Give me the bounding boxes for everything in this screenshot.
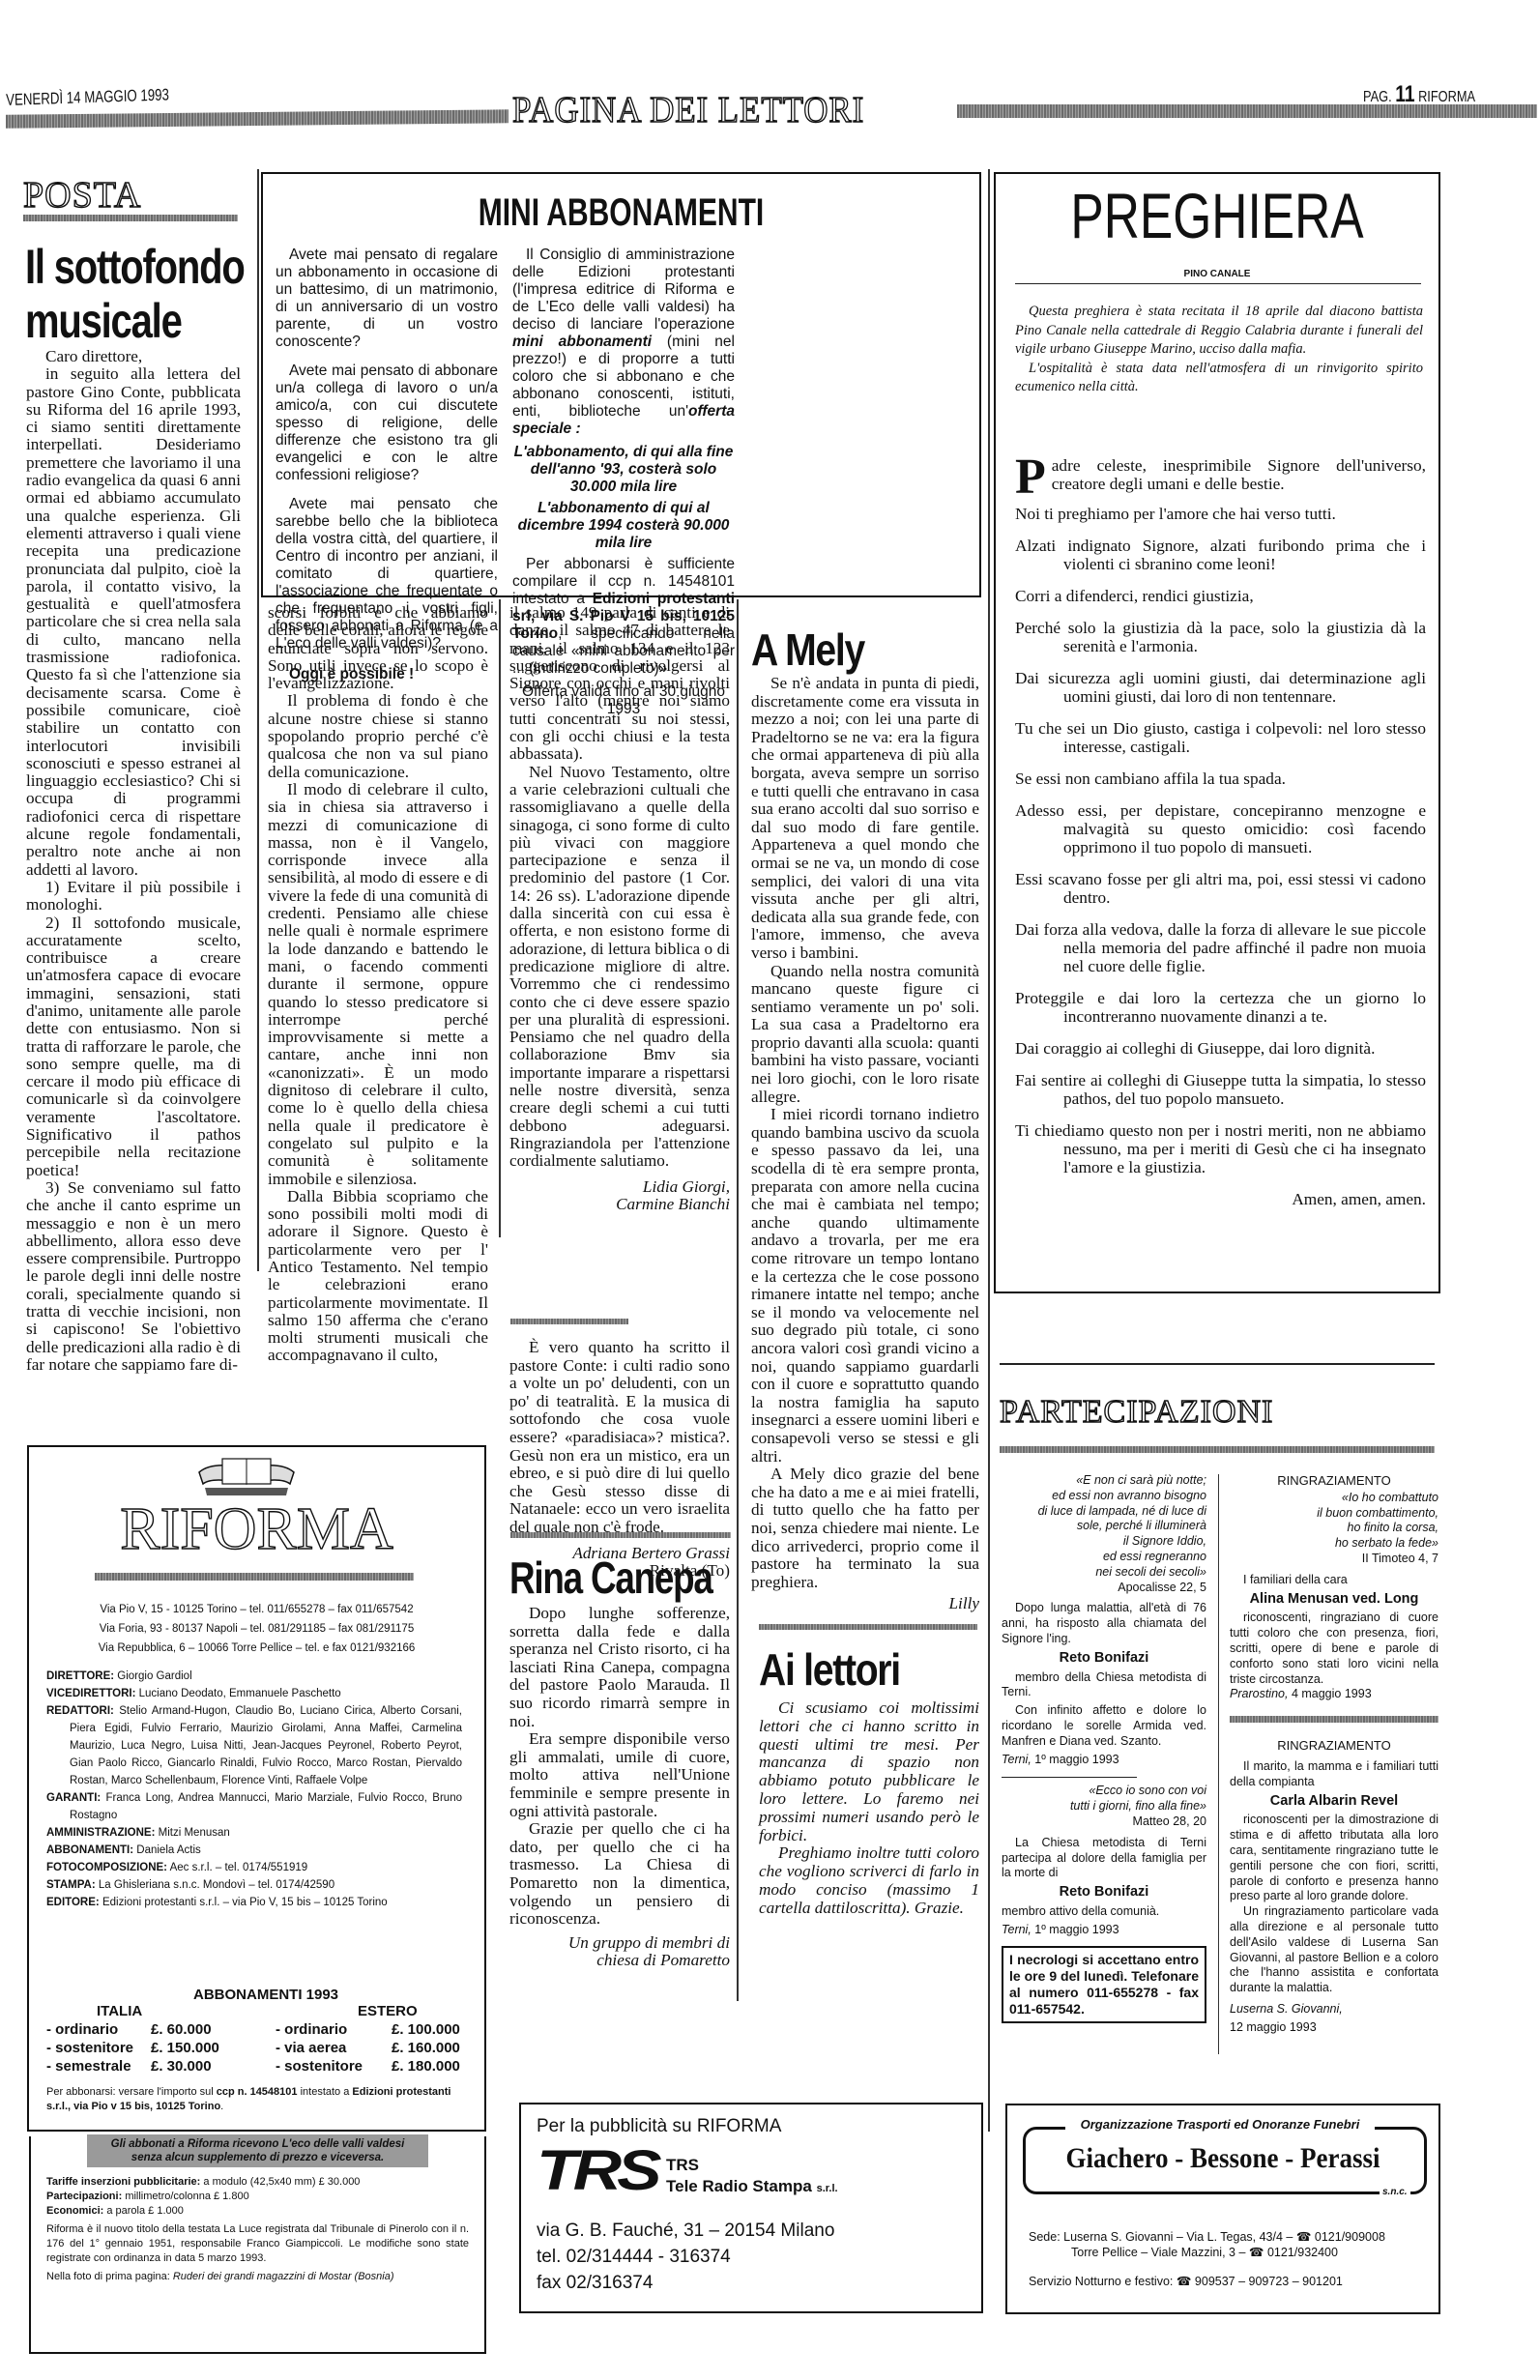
riforma-logo: RIFORMA bbox=[29, 1495, 484, 1564]
verse: Noi ti preghiamo per l'amore che hai ver… bbox=[1015, 505, 1426, 523]
closing: Amen, amen, amen. bbox=[1015, 1190, 1426, 1208]
phone-icon: ☎ bbox=[1177, 2275, 1192, 2288]
paragraph: Questa preghiera è stata recitata il 18 … bbox=[1015, 303, 1423, 360]
subs-title: ABBONAMENTI 1993 bbox=[193, 1987, 338, 2003]
quote: «Io ho combattuto il buon combattimento,… bbox=[1230, 1491, 1438, 1552]
estero-prices: - ordinario£. 100.000 - via aerea£. 160.… bbox=[276, 2020, 460, 2075]
column-rule bbox=[1218, 1474, 1219, 2054]
signature: Lidia Giorgi, bbox=[509, 1178, 730, 1196]
ai-lettori-body: Ci scusiamo coi moltissimi lettori che c… bbox=[759, 1699, 979, 1918]
paragraph: Quando nella nostra comunità mancano que… bbox=[751, 963, 979, 1107]
paragraph: 1) Evitare il più possibile i monologhi. bbox=[26, 879, 241, 914]
partecipazioni-title: PARTECIPAZIONI bbox=[1000, 1394, 1273, 1431]
verse: Fai sentire ai colleghi di Giuseppe tutt… bbox=[1015, 1071, 1426, 1108]
paragraph: 2) Il sottofondo musicale, accuratamente… bbox=[26, 914, 241, 1179]
rina-canepa-body: Dopo lunghe sofferenze, sorretta dalla f… bbox=[509, 1605, 730, 1970]
divider bbox=[1002, 1777, 1137, 1778]
phone-icon: ☎ bbox=[1296, 2230, 1312, 2244]
posta-rule bbox=[23, 215, 238, 221]
offer-2: L'abbonamento di qui al dicembre 1994 co… bbox=[512, 500, 735, 552]
paragraph: A Mely dico grazie del bene che ha dato … bbox=[751, 1466, 979, 1591]
paragraph: Il Consiglio di amministrazione delle Ed… bbox=[512, 247, 735, 438]
italia-label: ITALIA bbox=[97, 2003, 142, 2019]
paragraph: Avete mai pensato di regalare un abbonam… bbox=[276, 247, 498, 351]
deceased-name: Reto Bonifazi bbox=[1002, 1885, 1206, 1901]
staff-list: DIRETTORE: Giorgio Gardiol VICEDIRETTORI… bbox=[46, 1668, 462, 1911]
colophon-lower: Gli abbonati a Riforma ricevono L'eco de… bbox=[29, 2136, 486, 2354]
partecipazioni-left: «E non ci sarà più notte; ed essi non av… bbox=[1002, 1473, 1206, 2023]
posta-col2: scorsi forbiti e che abbiamo delle belle… bbox=[268, 604, 488, 1365]
divider bbox=[1230, 1716, 1438, 1723]
addresses: Via Pio V, 15 - 10125 Torino – tel. 011/… bbox=[29, 1600, 484, 1658]
deceased-name: Carla Albarin Revel bbox=[1230, 1794, 1438, 1810]
colophon-box: RIFORMA Via Pio V, 15 - 10125 Torino – t… bbox=[27, 1445, 486, 2132]
verse: Perché solo la giustizia dà la pace, sol… bbox=[1015, 619, 1426, 655]
divider bbox=[759, 1624, 977, 1630]
paragraph: Ci scusiamo coi moltissimi lettori che c… bbox=[759, 1699, 979, 1844]
paragraph: Avete mai pensato di abbonare un/a colle… bbox=[276, 363, 498, 484]
paragraph: Il problema di fondo è che alcune nostre… bbox=[268, 692, 488, 780]
paragraph: Se n'è andata in punta di piedi, discret… bbox=[751, 675, 979, 963]
second-letter: È vero quanto ha scritto il pastore Cont… bbox=[509, 1339, 730, 1581]
verse: Tu che sei un Dio giusto, castiga i colp… bbox=[1015, 719, 1426, 756]
ad-tagline: Organizzazione Trasporti ed Onoranze Fun… bbox=[1065, 2117, 1375, 2132]
partecipazioni-right: RINGRAZIAMENTO «Io ho combattuto il buon… bbox=[1230, 1473, 1438, 2036]
verse: Dai coraggio ai colleghi di Giuseppe, da… bbox=[1015, 1039, 1426, 1058]
column-rule bbox=[257, 169, 259, 1271]
section-rule bbox=[1000, 1363, 1435, 1365]
mini-closing: Oggi è possibile ! bbox=[276, 666, 498, 683]
paragraph: Era sempre disponibile verso gli ammalat… bbox=[509, 1730, 730, 1820]
posta-headline: Il sottofondo musicale bbox=[25, 240, 257, 348]
signature: Carmine Bianchi bbox=[509, 1196, 730, 1213]
author-rule bbox=[1015, 283, 1421, 284]
payment-note: Per abbonarsi: versare l'importo sul ccp… bbox=[46, 2085, 467, 2114]
signature: Lilly bbox=[751, 1595, 979, 1613]
paragraph: È vero quanto ha scritto il pastore Cont… bbox=[509, 1339, 730, 1537]
ad-sede: Sede: Luserna S. Giovanni – Via L. Tegas… bbox=[1029, 2229, 1385, 2289]
italia-prices: - ordinario£. 60.000 - sostenitore£. 150… bbox=[46, 2020, 219, 2075]
preghiera-intro: Questa preghiera è stata recitata il 18 … bbox=[1015, 303, 1423, 397]
column-rule bbox=[737, 599, 739, 2001]
headline-line: musicale bbox=[25, 294, 257, 348]
paragraph: Avete mai pensato che sarebbe bello che … bbox=[276, 496, 498, 653]
preghiera-title: PREGHIERA bbox=[1044, 179, 1389, 252]
paragraph: 3) Se conveniamo sul fatto che anche il … bbox=[26, 1179, 241, 1374]
quote-ref: II Timoteo 4, 7 bbox=[1230, 1552, 1438, 1567]
posta-kicker: POSTA bbox=[23, 174, 141, 217]
necrology-notice: I necrologi si accettano entro le ore 9 … bbox=[1002, 1946, 1206, 2023]
verse: Corri a difenderci, rendici giustizia, bbox=[1015, 587, 1426, 605]
mini-right: Il Consiglio di amministrazione delle Ed… bbox=[512, 247, 735, 718]
first-verse: P adre celeste, inesprimibile Signore de… bbox=[1015, 456, 1426, 493]
mini-title: MINI ABBONAMENTI bbox=[353, 191, 890, 235]
deceased-name: Alina Menusan ved. Long bbox=[1230, 1592, 1438, 1608]
divider bbox=[510, 1532, 731, 1538]
verse: Proteggile e dai loro la certezza che un… bbox=[1015, 989, 1426, 1026]
rina-canepa-title: Rina Canepa bbox=[509, 1552, 712, 1604]
paper-name: RIFORMA bbox=[1418, 89, 1475, 105]
paragraph: I miei ricordi tornano indietro quando b… bbox=[751, 1106, 979, 1466]
masthead-date: VENERDÌ 14 MAGGIO 1993 bbox=[6, 85, 169, 110]
paragraph: in seguito alla lettera del pastore Gino… bbox=[26, 365, 241, 879]
ad-rates: Tariffe inserzioni pubblicitarie: a modu… bbox=[31, 2167, 484, 2284]
preghiera-box: PREGHIERA PINO CANALE Questa preghiera è… bbox=[994, 172, 1440, 1293]
column-rule bbox=[499, 599, 501, 1237]
signature: chiesa di Pomaretto bbox=[509, 1952, 730, 1970]
quote: «E non ci sarà più notte; ed essi non av… bbox=[1002, 1473, 1206, 1581]
paragraph: Caro direttore, bbox=[26, 348, 241, 365]
phone-icon: ☎ bbox=[1249, 2246, 1264, 2259]
paragraph: Dalla Bibbia scopriamo che sono possibil… bbox=[268, 1188, 488, 1365]
preghiera-verses: P adre celeste, inesprimibile Signore de… bbox=[1015, 456, 1426, 1222]
signature: Un gruppo di membri di bbox=[509, 1934, 730, 1953]
paragraph: Grazie per quello che ci ha dato, per qu… bbox=[509, 1820, 730, 1929]
quote: «Ecco io sono con voi tutti i giorni, fi… bbox=[1002, 1784, 1206, 1814]
trs-name: TRS Tele Radio Stampa s.r.l. bbox=[666, 2155, 838, 2199]
ad-company-name: Giachero - Bessone - Perassi bbox=[1029, 2142, 1416, 2175]
paragraph: Dopo lunghe sofferenze, sorretta dalla f… bbox=[509, 1605, 730, 1730]
verse: Adesso essi, per depistare, concepiranno… bbox=[1015, 801, 1426, 856]
paragraph: Nel Nuovo Testamento, oltre a varie cele… bbox=[509, 764, 730, 1171]
paragraph: Preghiamo inoltre tutti coloro che vogli… bbox=[759, 1844, 979, 1917]
divider bbox=[510, 1319, 628, 1324]
eco-banner: Gli abbonati a Riforma ricevono L'eco de… bbox=[87, 2134, 428, 2167]
paragraph: L'ospitalità è stata data nell'atmosfera… bbox=[1015, 360, 1423, 397]
mini-left: Avete mai pensato di regalare un abbonam… bbox=[276, 247, 498, 683]
verse: Dai forza alla vedova, dalle la forza di… bbox=[1015, 920, 1426, 975]
partecipazioni-rule bbox=[1000, 1446, 1435, 1453]
verse: Dai sicurezza agli uomini giusti, dai de… bbox=[1015, 669, 1426, 706]
page-number: 11 bbox=[1395, 81, 1414, 107]
paragraph: Per abbonarsi è sufficiente compilare il… bbox=[512, 556, 735, 678]
headline-line: Il sottofondo bbox=[25, 240, 257, 294]
page-number-line: PAG. 11 RIFORMA bbox=[1363, 81, 1475, 108]
ad-suffix: s.n.c. bbox=[1380, 2187, 1410, 2197]
offer-1: L'abbonamento, di qui alla fine dell'ann… bbox=[512, 444, 735, 496]
offer-validity: Offerta valida fino al 30 giugno 1993 bbox=[512, 683, 735, 718]
trs-contacts: via G. B. Fauché, 31 – 20154 Milano tel.… bbox=[537, 2218, 834, 2296]
a-mely-title: A Mely bbox=[751, 624, 864, 676]
estero-label: ESTERO bbox=[358, 2003, 418, 2019]
trs-ad: Per la pubblicità su RIFORMA TRS TRS Tel… bbox=[519, 2103, 983, 2313]
verse: Essi scavano fosse per gli altri ma, poi… bbox=[1015, 870, 1426, 907]
trs-headline: Per la pubblicità su RIFORMA bbox=[537, 2116, 781, 2137]
quote-ref: Apocalisse 22, 5 bbox=[1002, 1581, 1206, 1596]
funeral-ad: Organizzazione Trasporti ed Onoranze Fun… bbox=[1005, 2104, 1440, 2314]
verse: Alzati indignato Signore, alzati furibon… bbox=[1015, 537, 1426, 573]
ai-lettori-title: Ai lettori bbox=[759, 1643, 900, 1696]
paragraph: Il modo di celebrare il culto, sia in ch… bbox=[268, 781, 488, 1188]
a-mely-body: Se n'è andata in punta di piedi, discret… bbox=[751, 675, 979, 1613]
section-heading: RINGRAZIAMENTO bbox=[1230, 1473, 1438, 1489]
posta-col1: Caro direttore, in seguito alla lettera … bbox=[26, 348, 241, 1374]
verse: Ti chiediamo questo non per i nostri mer… bbox=[1015, 1121, 1426, 1176]
preghiera-author: PINO CANALE bbox=[996, 269, 1438, 279]
masthead-rule-left bbox=[6, 109, 508, 128]
dropcap: P bbox=[1015, 458, 1046, 497]
trs-logo: TRS bbox=[537, 2143, 657, 2199]
section-title: PAGINA DEI LETTORI bbox=[512, 89, 864, 131]
verse: Se essi non cambiano affila la tua spada… bbox=[1015, 769, 1426, 788]
page-prefix: PAG. bbox=[1363, 89, 1392, 105]
mini-abbonamenti-box: MINI ABBONAMENTI Avete mai pensato di re… bbox=[261, 172, 981, 597]
section-heading: RINGRAZIAMENTO bbox=[1230, 1738, 1438, 1754]
riforma-book-icon bbox=[193, 1455, 300, 1497]
logo-rule bbox=[95, 1573, 414, 1581]
quote-ref: Matteo 28, 20 bbox=[1002, 1814, 1206, 1830]
column-rule bbox=[988, 169, 990, 2132]
deceased-name: Reto Bonifazi bbox=[1002, 1651, 1206, 1667]
